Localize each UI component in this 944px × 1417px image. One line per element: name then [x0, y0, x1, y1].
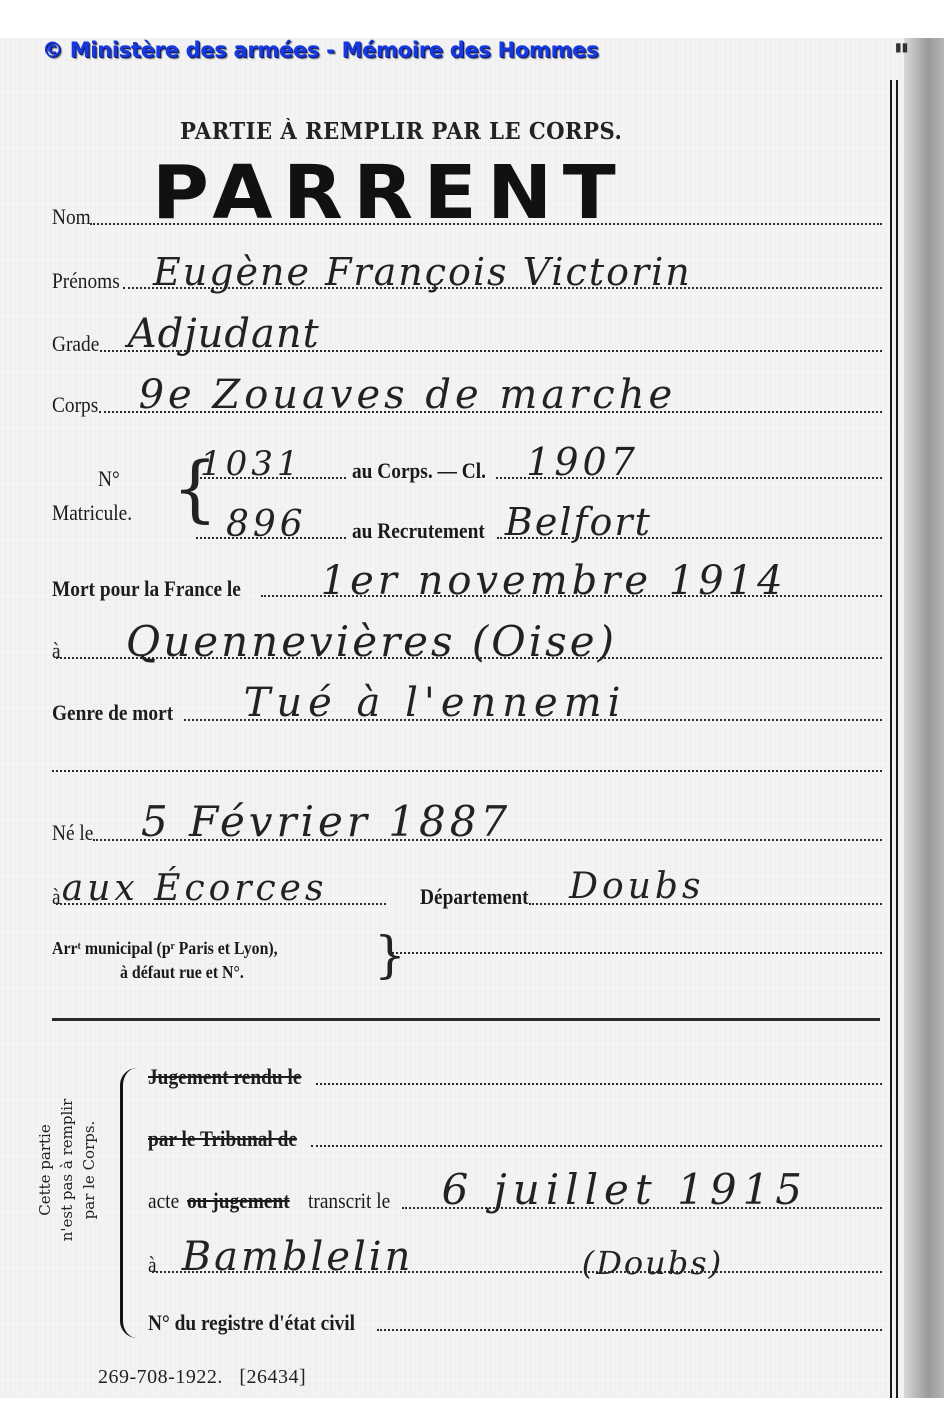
- prenoms-label: Prénoms: [52, 270, 120, 292]
- field-grade: Grade Adjudant: [52, 333, 882, 355]
- grade-value: Adjudant: [128, 314, 320, 354]
- transcrit-suffix: transcrit le: [308, 1190, 390, 1212]
- au-corps-label: au Corps. — Cl.: [352, 460, 486, 482]
- mort-value: 1er novembre 1914: [321, 561, 787, 601]
- genre-line: Tué à l'ennemi: [184, 719, 882, 721]
- nom-label: Nom: [52, 206, 91, 228]
- genre-label: Genre de mort: [52, 702, 173, 724]
- corner-mark: ▮▮: [895, 40, 908, 54]
- field-transcrit-lieu: à Bamblelin (Doubs): [148, 1254, 882, 1276]
- field-jugement: Jugement rendu le: [148, 1066, 882, 1088]
- side-note-line-3: par le Corps.: [78, 1040, 100, 1300]
- form-heading: PARTIE À REMPLIR PAR LE CORPS.: [180, 118, 622, 145]
- field-ne-le: Né le 5 Février 1887: [52, 822, 882, 844]
- matricule-label: Matricule.: [52, 500, 132, 526]
- recrutement-line: Belfort: [497, 537, 882, 539]
- field-arrondissement: [392, 952, 882, 957]
- au-recrutement-label: au Recrutement: [352, 520, 485, 542]
- recrutement-value: Belfort: [505, 503, 652, 541]
- corps-value: 9e Zouaves de marche: [139, 375, 677, 415]
- lieu-deces-line: Quennevières (Oise): [56, 657, 882, 659]
- side-note-line-2: n'est pas à remplir: [56, 1040, 78, 1300]
- side-brace: [120, 1068, 137, 1338]
- margin-rule: [896, 80, 898, 1398]
- lieu-naissance-value: aux Écorces: [62, 871, 328, 907]
- grade-label: Grade: [52, 333, 99, 355]
- corps-label: Corps: [52, 394, 98, 416]
- page-edge: [904, 38, 944, 1398]
- field-lieu-deces: à Quennevières (Oise): [52, 640, 882, 662]
- side-note-line-1: Cette partie: [34, 1040, 56, 1300]
- lieu-naissance-line: aux Écorces: [56, 903, 386, 905]
- field-tribunal: par le Tribunal de: [148, 1128, 882, 1150]
- field-mort-pour-la-france: Mort pour la France le 1er novembre 1914: [52, 578, 882, 600]
- ne-le-value: 5 Février 1887: [141, 801, 511, 843]
- margin-rule: [890, 80, 892, 1398]
- field-lieu-naissance: à aux Écorces Département Doubs: [52, 886, 882, 908]
- field-matricule-corps: 1031 au Corps. — Cl. 1907: [196, 460, 882, 482]
- prenoms-line: Eugène François Victorin: [123, 287, 882, 289]
- mort-label: Mort pour la France le: [52, 578, 241, 600]
- matricule-label-no: N°: [98, 466, 120, 492]
- copyright-watermark: © Ministère des armées - Mémoire des Hom…: [42, 38, 598, 62]
- arrondissement-line: [392, 952, 882, 954]
- transcrit-struck: ou jugement: [187, 1190, 290, 1212]
- ne-le-line: 5 Février 1887: [93, 839, 882, 841]
- field-transcrit: acte ou jugement transcrit le 6 juillet …: [148, 1190, 882, 1212]
- transcrit-lieu-dept: (Doubs): [582, 1247, 723, 1279]
- prenoms-value: Eugène François Victorin: [153, 253, 692, 291]
- tribunal-label: par le Tribunal de: [148, 1128, 297, 1150]
- departement-value: Doubs: [569, 869, 704, 905]
- registre-line: [377, 1329, 882, 1331]
- blank-line: [52, 770, 882, 772]
- transcrit-value: 6 juillet 1915: [442, 1169, 808, 1211]
- matricule-recrutement-line: 896: [196, 537, 346, 539]
- genre-value: Tué à l'ennemi: [244, 683, 627, 723]
- field-registre: N° du registre d'état civil: [148, 1312, 882, 1334]
- tribunal-line: [311, 1145, 882, 1147]
- matricule-corps-value: 1031: [200, 447, 303, 481]
- classe-line: 1907: [496, 477, 882, 479]
- matricule-recrutement-value: 896: [226, 507, 307, 543]
- arrondissement-label-1: Arrᵗ municipal (pʳ Paris et Lyon),: [52, 938, 278, 959]
- departement-label: Département: [420, 886, 529, 908]
- lieu-deces-value: Quennevières (Oise): [126, 621, 617, 663]
- section-divider: [52, 1018, 880, 1021]
- departement-line: Doubs: [529, 903, 882, 905]
- field-blank: [52, 770, 882, 775]
- transcrit-lieu-line: Bamblelin (Doubs): [152, 1271, 882, 1273]
- registre-label: N° du registre d'état civil: [148, 1312, 355, 1334]
- classe-value: 1907: [526, 443, 639, 481]
- jugement-line: [316, 1083, 882, 1085]
- arrondissement-label-2: à défaut rue et N°.: [120, 962, 244, 983]
- transcrit-prefix: acte: [148, 1190, 179, 1212]
- nom-line: [90, 223, 882, 225]
- grade-line: Adjudant: [100, 350, 882, 352]
- ne-le-label: Né le: [52, 822, 93, 844]
- corps-line: 9e Zouaves de marche: [99, 411, 882, 413]
- mort-line: 1er novembre 1914: [261, 595, 882, 597]
- field-nom: Nom: [52, 206, 882, 228]
- field-prenoms: Prénoms Eugène François Victorin: [52, 270, 882, 292]
- transcrit-line: 6 juillet 1915: [402, 1207, 882, 1209]
- matricule-corps-line: 1031: [196, 477, 346, 479]
- transcrit-lieu-value: Bamblelin: [182, 1237, 414, 1277]
- side-note: Cette partie n'est pas à remplir par le …: [34, 1040, 100, 1300]
- jugement-label: Jugement rendu le: [148, 1066, 301, 1088]
- bottom-margin: [0, 1398, 944, 1417]
- print-code: 269-708-1922. [26434]: [98, 1366, 306, 1389]
- field-genre-de-mort: Genre de mort Tué à l'ennemi: [52, 702, 882, 724]
- field-corps: Corps 9e Zouaves de marche: [52, 394, 882, 416]
- field-matricule-recrutement: 896 au Recrutement Belfort: [196, 520, 882, 542]
